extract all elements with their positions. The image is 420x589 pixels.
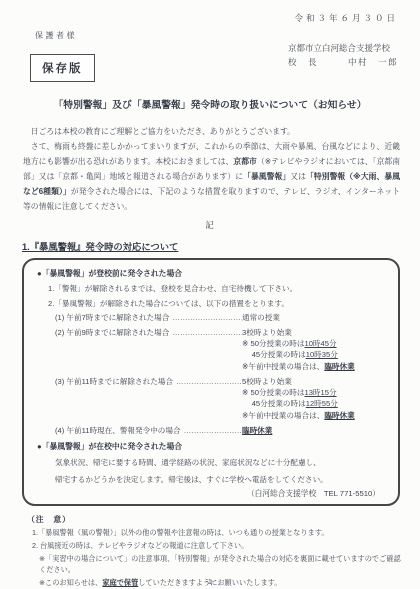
case-result: 通常の授業 xyxy=(242,313,388,323)
bullet-heading-before-school: ●「暴風警報」が登校前に発令された場合 xyxy=(37,269,388,279)
document-page: 令和３年６月３０日 保護者様 京都市立白河総合支援学校 校 長 中村 一郎 保存… xyxy=(0,0,420,589)
case-note: ※午前中授業の場合は、臨時休業 xyxy=(242,411,388,421)
case-note: ※ 50分授業の時は10時45分 xyxy=(242,339,388,349)
bullet-heading-text: 「暴風警報」が登校前に発令された場合 xyxy=(42,269,182,278)
bullet-heading-text: 「暴風警報」が在校中に発令された場合 xyxy=(42,442,182,451)
intro-section: 日ごろは本校の教育にご理解とご協力をいただき、ありがとうございます。 さて、梅雨… xyxy=(23,124,400,214)
intro-bold-kyotoshi: 京都市 xyxy=(233,157,256,166)
note-text: ※ 50分授業の時は xyxy=(242,339,304,348)
case-note: 45分授業の時は10時35分 xyxy=(242,350,388,360)
document-date: 令和３年６月３０日 xyxy=(294,12,398,24)
rule-item-1: 1.「警報」が解除されるまでは、登校を見合わせ、自宅待機して下さい。 xyxy=(48,284,388,294)
case-result: 3校時より始業 xyxy=(242,328,388,338)
document-title: 「特別警報」及び「暴風警報」発令時の取り扱いについて（お知らせ） xyxy=(0,97,420,111)
case-result: 5校時より始業 xyxy=(242,377,388,387)
sender-block: 京都市立白河総合支援学校 校 長 中村 一郎 xyxy=(288,41,398,69)
intro-paragraph-1: 日ごろは本校の教育にご理解とご協力をいただき、ありがとうございます。 xyxy=(23,124,400,139)
rules-box: ●「暴風警報」が登校前に発令された場合 1.「警報」が解除されるまでは、登校を見… xyxy=(22,258,400,506)
intro-text: 又は xyxy=(290,172,306,181)
case-row-3: (3) 午前11時までに解除された場合………………………………5校時より始業 xyxy=(55,377,388,387)
case-label: (3) 午前11時までに解除された場合 xyxy=(55,377,173,387)
school-contact: （白河総合支援学校 TEL 771-5510） xyxy=(37,488,380,499)
note-text: ※午前中授業の場合は、 xyxy=(242,362,324,371)
note-underlined-time: 12時55分 xyxy=(306,399,338,408)
intro-text: が発令された場合には、下記のような措置を取りますので、テレビ、ラジオ、インターネ… xyxy=(23,187,400,211)
note-text: 45分授業の時は xyxy=(242,399,306,408)
ki-marker: 記 xyxy=(0,219,420,231)
recipient-label: 保護者様 xyxy=(35,30,77,41)
caution-extra-1: ※「実習中の場合について」の注意事項、「特別警報」が発令された場合の対応を裏面に… xyxy=(39,553,406,575)
during-school-line-2: 帰宅するかどうかを決定します。帰宅後は、すぐに学校へ電話をしてください。 xyxy=(55,474,388,486)
dot-leader: ……………………………… xyxy=(169,328,242,338)
case-label: (1) 午前7時までに解除された場合 xyxy=(55,313,169,323)
intro-paragraph-2: さて、梅雨も終盤に差しかかってまいりますが、これからの季節は、大雨や暴風、台風な… xyxy=(23,139,400,214)
case-note: 45分授業の時は12時55分 xyxy=(242,399,388,409)
note-underlined-closure: 臨時休業 xyxy=(324,411,354,420)
dot-leader: ……………………………… xyxy=(169,313,242,323)
caution-item-2: 2. 台風接近の時は、テレビやラジオなどの報道に注意して下さい。 xyxy=(32,540,406,551)
bullet-heading-during-school: ●「暴風警報」が在校中に発令された場合 xyxy=(37,442,388,452)
case-row-4: (4) 午前11時現在、警報発令中の場合……………………臨時休業 xyxy=(55,426,388,436)
during-school-line-1: 気象状況、帰宅に要する時間、通学経路の状況、家庭状況などに十分配慮し、 xyxy=(55,457,388,469)
section1-heading-text: 1.『暴風警報』発令時の対応について xyxy=(22,242,178,252)
dot-leader: …………………… xyxy=(181,426,242,436)
caution-section: （注 意） 1.「暴風警報（風の警報）」以外の他の警報や注意報の時は、いつも通り… xyxy=(27,514,406,588)
section1-heading: 1.『暴風警報』発令時の対応について xyxy=(22,239,420,253)
case-label: (2) 午前9時までに解除された場合 xyxy=(55,328,169,338)
school-name: 京都市立白河総合支援学校 xyxy=(288,41,398,55)
document-body: 日ごろは本校の教育にご理解とご協力をいただき、ありがとうございます。 さて、梅雨… xyxy=(0,124,420,588)
note-text: ※ 50分授業の時は xyxy=(242,388,304,397)
case-label: (4) 午前11時現在、警報発令中の場合 xyxy=(55,426,181,436)
note-text: ※午前中授業の場合は、 xyxy=(242,411,324,420)
intro-bold-storm-warning: 「暴風警報」 xyxy=(243,172,290,181)
case-row-2: (2) 午前9時までに解除された場合………………………………3校時より始業 xyxy=(55,328,388,338)
case-row-1: (1) 午前7時までに解除された場合………………………………通常の授業 xyxy=(55,313,388,323)
principal-name: 校 長 中村 一郎 xyxy=(288,55,398,69)
dot-leader: ……………………………… xyxy=(173,377,242,387)
caution-heading: （注 意） xyxy=(27,514,406,525)
note-underlined-time: 10時45分 xyxy=(304,339,336,348)
note-underlined-time: 13時15分 xyxy=(304,388,336,397)
page-number: -1- xyxy=(0,579,420,586)
case-note: ※午前中授業の場合は、臨時休業 xyxy=(242,362,388,372)
note-underlined-closure: 臨時休業 xyxy=(324,362,354,371)
rule-item-2: 2.「暴風警報」が解除された場合については、以下の措置をとります。 xyxy=(48,299,388,309)
case-note: ※ 50分授業の時は13時15分 xyxy=(242,388,388,398)
caution-item-1: 1.「暴風警報（風の警報）」以外の他の警報や注意報の時は、いつも通りの授業となり… xyxy=(32,527,406,538)
note-underlined-time: 10時35分 xyxy=(306,350,338,359)
note-text: 45分授業の時は xyxy=(242,350,306,359)
case-result-closure: 臨時休業 xyxy=(242,426,388,436)
keep-version-stamp: 保存版 xyxy=(30,54,95,82)
